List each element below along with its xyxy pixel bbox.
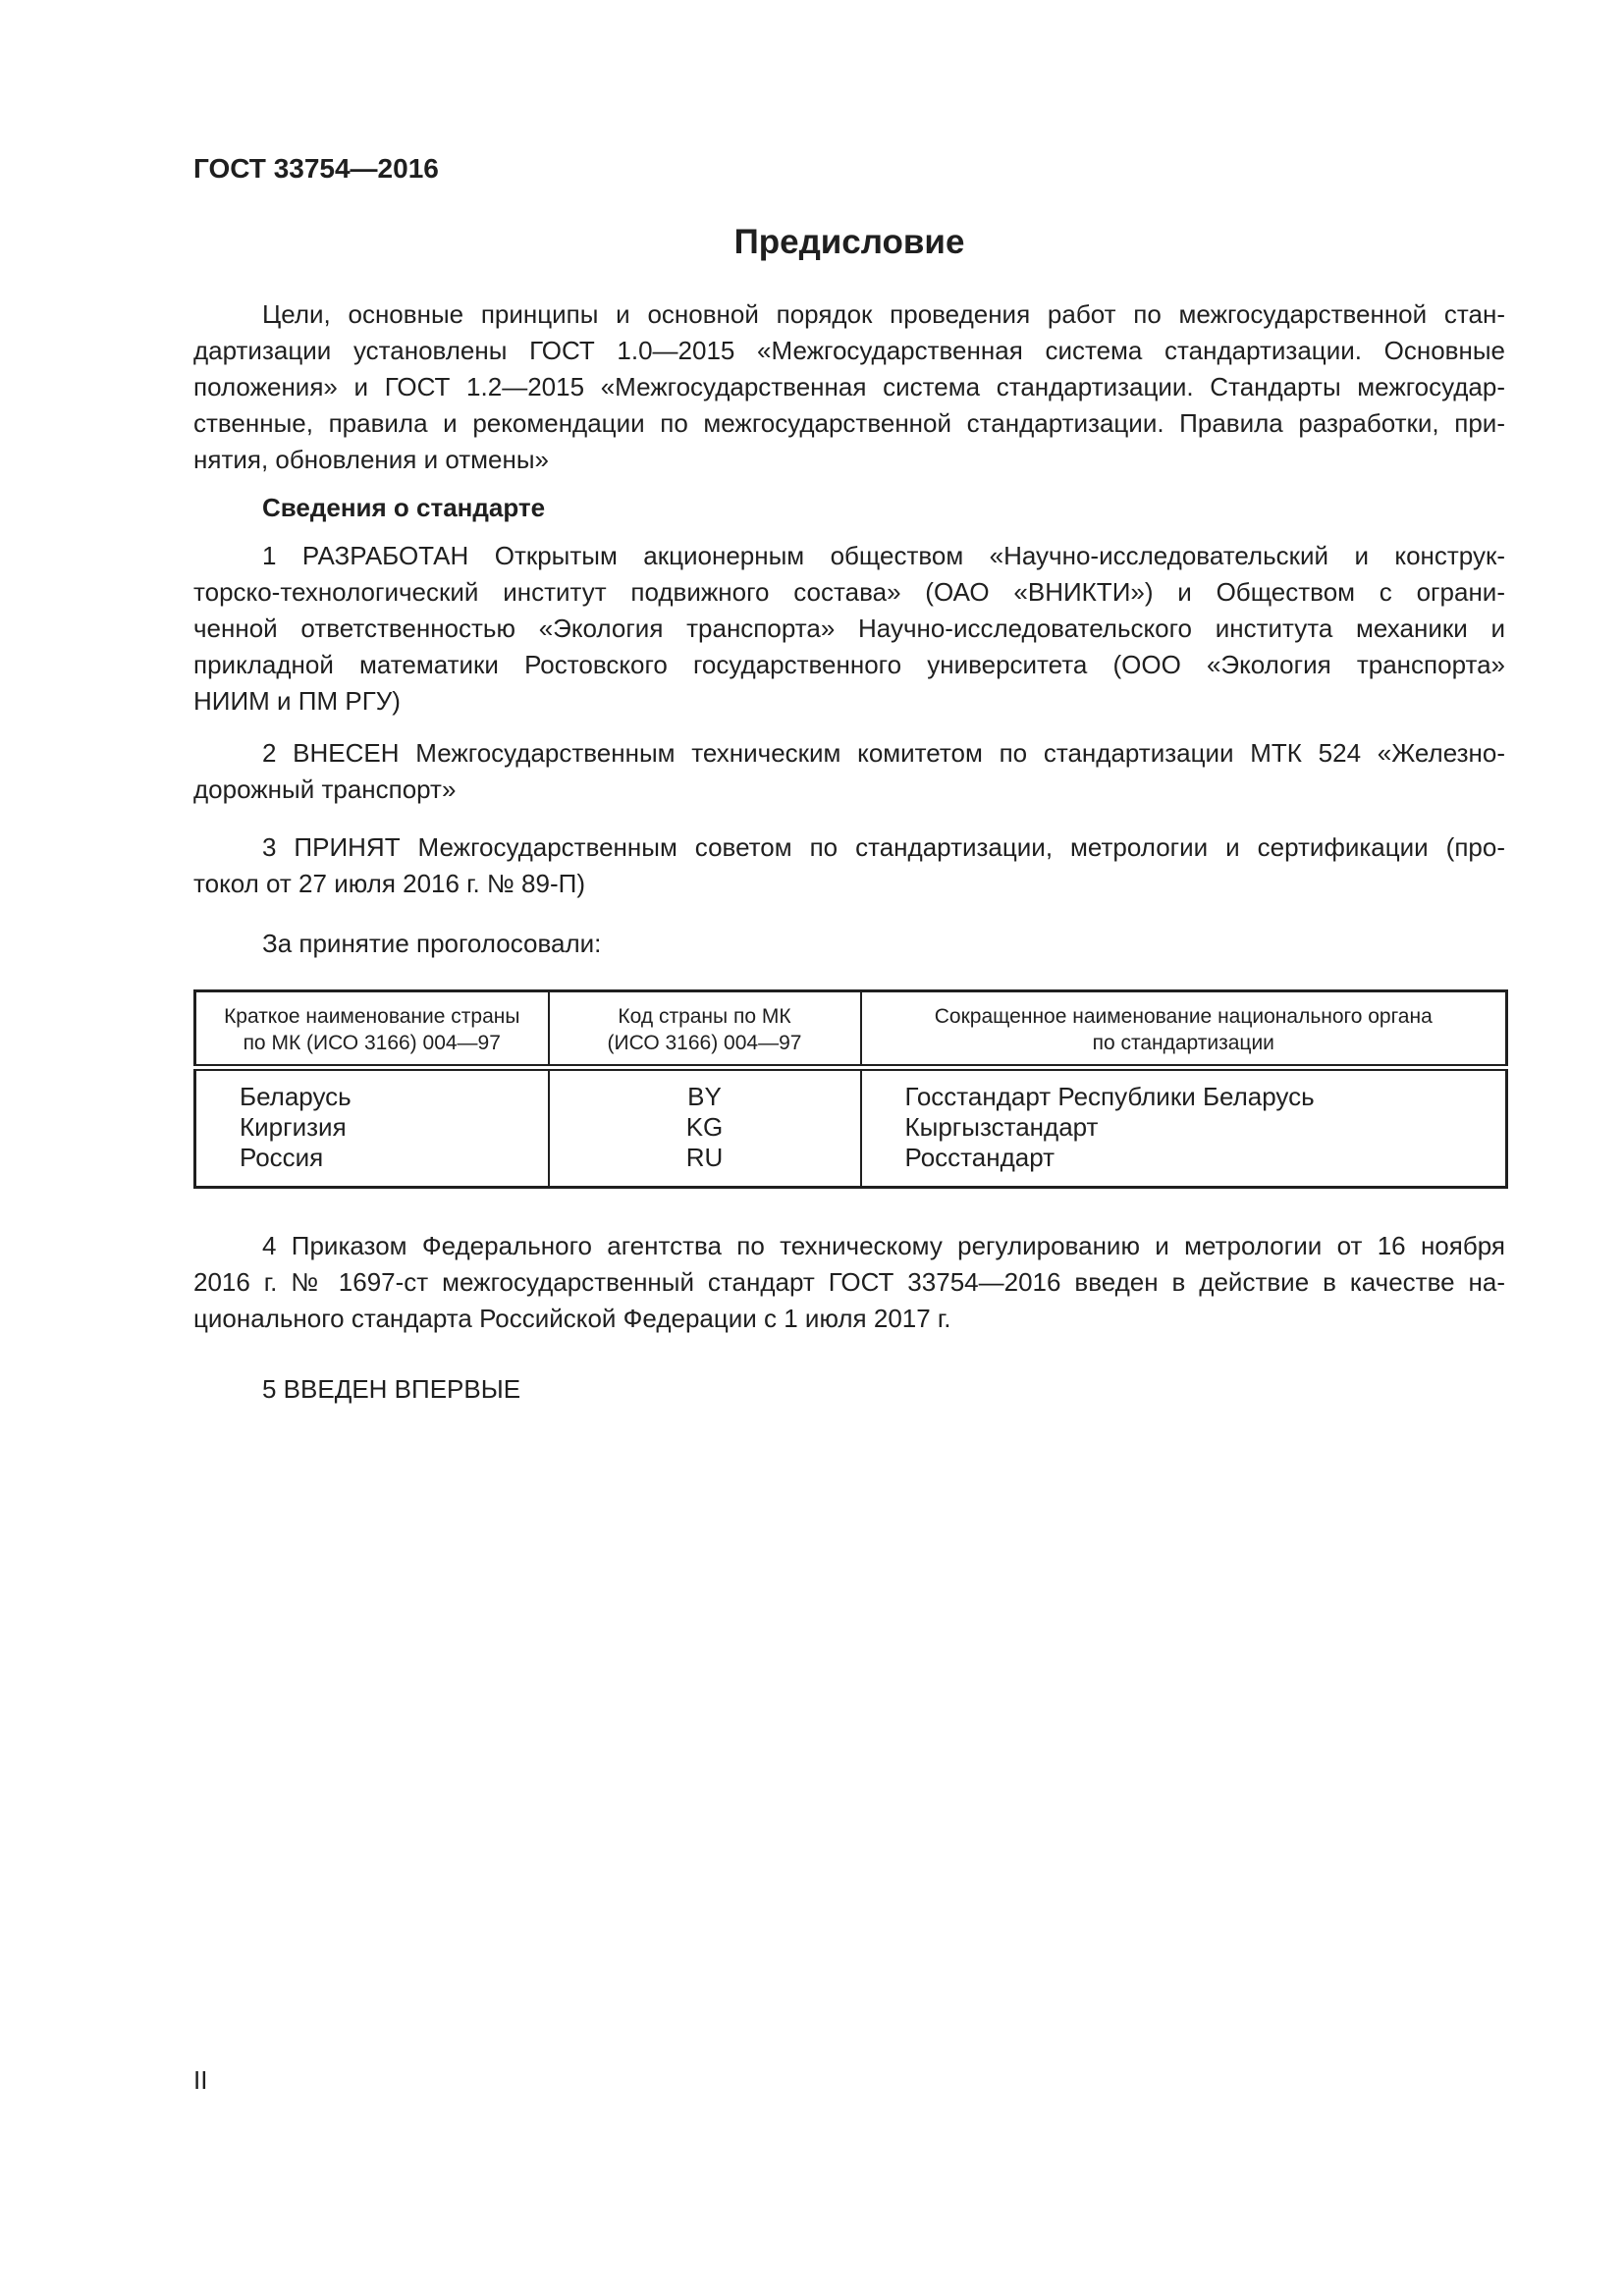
country-name: Россия	[240, 1143, 540, 1173]
paragraph-line: положения» и ГОСТ 1.2—2015 «Межгосударст…	[193, 369, 1505, 405]
paragraph-line: 2 ВНЕСЕН Межгосударственным техническим …	[193, 735, 1505, 772]
table-body-row: Беларусь Киргизия Россия BY KG RU Госста…	[195, 1068, 1507, 1188]
paragraph-line: нятия, обновления и отмены»	[193, 442, 1505, 478]
vote-table-header: Краткое наименование страны по МК (ИСО 3…	[195, 991, 1507, 1068]
paragraph-line: 2016 г. № 1697-ст межгосударственный ста…	[193, 1264, 1505, 1301]
clause-1-developed: 1 РАЗРАБОТАН Открытым акционерным общест…	[193, 538, 1505, 720]
intro-paragraph: Цели, основные принципы и основной поряд…	[193, 296, 1505, 478]
clause-4-order: 4 Приказом Федерального агентства по тех…	[193, 1228, 1505, 1337]
paragraph-line: 5 ВВЕДЕН ВПЕРВЫЕ	[193, 1371, 1505, 1408]
clause-3-adopted: 3 ПРИНЯТ Межгосударственным советом по с…	[193, 829, 1505, 902]
cell-orgs: Госстандарт Республики Беларусь Кыргызст…	[861, 1068, 1507, 1188]
paragraph-line: ционального стандарта Российской Федерац…	[193, 1301, 1505, 1337]
header-line: (ИСО 3166) 004—97	[558, 1030, 852, 1056]
paragraph-line: 1 РАЗРАБОТАН Открытым акционерным общест…	[193, 538, 1505, 574]
org-name: Росстандарт	[905, 1143, 1498, 1173]
header-line: Сокращенное наименование национального о…	[870, 1003, 1498, 1030]
paragraph-line: 4 Приказом Федерального агентства по тех…	[193, 1228, 1505, 1264]
clause-2-submitted: 2 ВНЕСЕН Межгосударственным техническим …	[193, 735, 1505, 808]
country-code: RU	[558, 1143, 852, 1173]
vote-table: Краткое наименование страны по МК (ИСО 3…	[193, 989, 1508, 1189]
paragraph-line: НИИМ и ПМ РГУ)	[193, 683, 1505, 720]
document-page: ГОСТ 33754—2016 Предисловие Цели, основн…	[0, 0, 1624, 2296]
paragraph-line: ственные, правила и рекомендации по межг…	[193, 405, 1505, 442]
paragraph-line: дорожный транспорт»	[193, 772, 1505, 808]
cell-countries: Беларусь Киргизия Россия	[195, 1068, 549, 1188]
header-line: Код страны по МК	[558, 1003, 852, 1030]
header-line: Краткое наименование страны	[204, 1003, 540, 1030]
clause-5-introduced: 5 ВВЕДЕН ВПЕРВЫЕ	[193, 1371, 1505, 1408]
table-header-row: Краткое наименование страны по МК (ИСО 3…	[195, 991, 1507, 1068]
country-name: Беларусь	[240, 1082, 540, 1112]
country-code: KG	[558, 1112, 852, 1143]
paragraph-line: токол от 27 июля 2016 г. № 89-П)	[193, 866, 1505, 902]
country-code: BY	[558, 1082, 852, 1112]
paragraph-line: торско-технологический институт подвижно…	[193, 574, 1505, 611]
paragraph-line: прикладной математики Ростовского госуда…	[193, 647, 1505, 683]
standard-info-heading: Сведения о стандарте	[193, 490, 1505, 526]
cell-codes: BY KG RU	[549, 1068, 861, 1188]
paragraph-line: ченной ответственностью «Экология трансп…	[193, 611, 1505, 647]
page-number: II	[193, 2065, 207, 2095]
header-line: по стандартизации	[870, 1030, 1498, 1056]
vote-lead-text: За принятие проголосовали:	[193, 926, 1505, 962]
header-national-org: Сокращенное наименование национального о…	[861, 991, 1507, 1068]
org-name: Кыргызстандарт	[905, 1112, 1498, 1143]
doc-code: ГОСТ 33754—2016	[193, 153, 1505, 185]
header-country-code: Код страны по МК (ИСО 3166) 004—97	[549, 991, 861, 1068]
page-title: Предисловие	[193, 222, 1505, 263]
vote-table-body: Беларусь Киргизия Россия BY KG RU Госста…	[195, 1068, 1507, 1188]
header-country-name: Краткое наименование страны по МК (ИСО 3…	[195, 991, 549, 1068]
paragraph-line: дартизации установлены ГОСТ 1.0—2015 «Ме…	[193, 333, 1505, 369]
country-name: Киргизия	[240, 1112, 540, 1143]
page-content: ГОСТ 33754—2016 Предисловие Цели, основн…	[193, 0, 1505, 1408]
paragraph-line: 3 ПРИНЯТ Межгосударственным советом по с…	[193, 829, 1505, 866]
paragraph-line: Цели, основные принципы и основной поряд…	[193, 296, 1505, 333]
org-name: Госстандарт Республики Беларусь	[905, 1082, 1498, 1112]
header-line: по МК (ИСО 3166) 004—97	[204, 1030, 540, 1056]
